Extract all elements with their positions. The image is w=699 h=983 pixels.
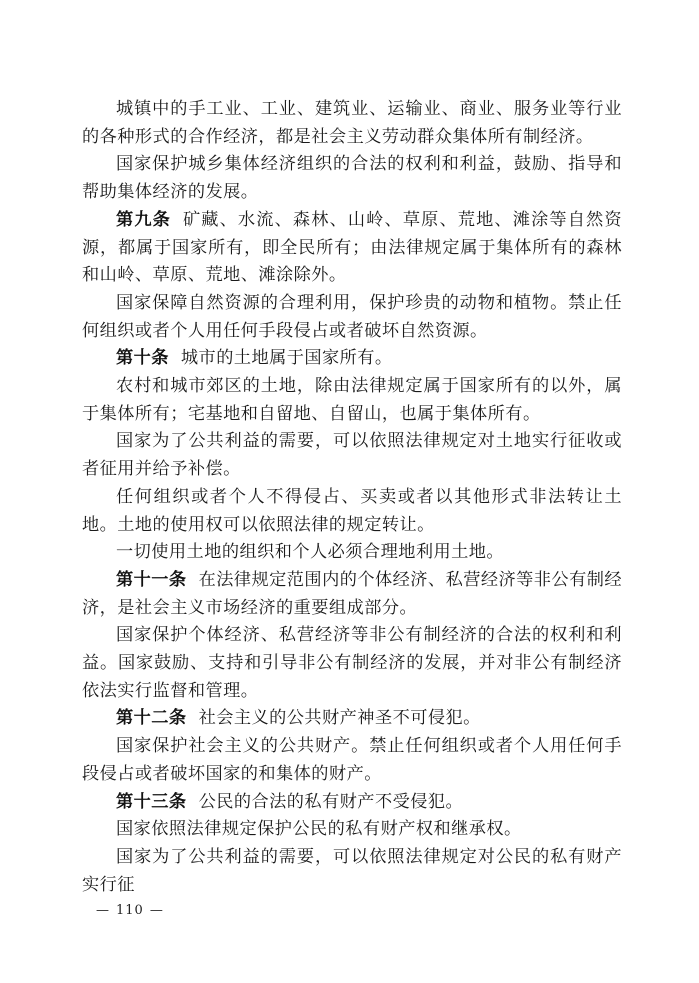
paragraph-text: 国家保护社会主义的公共财产。禁止任何组织或者个人用任何手段侵占或者破坏国家的和集… — [82, 736, 622, 784]
paragraph-6: 农村和城市郊区的土地，除由法律规定属于国家所有的以外，属于集体所有；宅基地和自留… — [82, 373, 622, 428]
paragraph-text: 农村和城市郊区的土地，除由法律规定属于国家所有的以外，属于集体所有；宅基地和自留… — [82, 376, 622, 424]
article-13: 第十三条公民的合法的私有财产不受侵犯。 — [82, 789, 622, 817]
paragraph-2: 国家保护城乡集体经济组织的合法的权利和利益，鼓励、指导和帮助集体经济的发展。 — [82, 151, 622, 206]
paragraph-text: 一切使用土地的组织和个人必须合理地利用土地。 — [116, 542, 504, 562]
paragraph-text: 城市的土地属于国家所有。 — [181, 348, 393, 368]
page-number-dash-right: — — [150, 903, 164, 918]
article-number: 第十条 — [116, 348, 169, 368]
paragraph-text: 国家为了公共利益的需要，可以依照法律规定对公民的私有财产实行征 — [82, 847, 622, 895]
paragraph-8: 任何组织或者个人不得侵占、买卖或者以其他形式非法转让土地。土地的使用权可以依照法… — [82, 484, 622, 539]
page-number-dash-left: — — [96, 903, 110, 918]
paragraph-text: 社会主义的公共财产神圣不可侵犯。 — [199, 708, 481, 728]
paragraph-text: 国家保障自然资源的合理利用，保护珍贵的动物和植物。禁止任何组织或者个人用任何手段… — [82, 293, 622, 341]
paragraph-11: 国家保护个体经济、私营经济等非公有制经济的合法的权利和利益。国家鼓励、支持和引导… — [82, 622, 622, 705]
article-number: 第九条 — [116, 210, 171, 230]
paragraph-text: 国家保护城乡集体经济组织的合法的权利和利益，鼓励、指导和帮助集体经济的发展。 — [82, 154, 622, 202]
page-number-value: 110 — [116, 903, 144, 918]
paragraph-16: 国家为了公共利益的需要，可以依照法律规定对公民的私有财产实行征 — [82, 844, 622, 899]
paragraph-text: 任何组织或者个人不得侵占、买卖或者以其他形式非法转让土地。土地的使用权可以依照法… — [82, 487, 622, 535]
document-body: 城镇中的手工业、工业、建筑业、运输业、商业、服务业等行业的各种形式的合作经济，都… — [82, 96, 622, 899]
page-number: —110— — [90, 903, 170, 918]
paragraph-9: 一切使用土地的组织和个人必须合理地利用土地。 — [82, 539, 622, 567]
paragraph-15: 国家依照法律规定保护公民的私有财产权和继承权。 — [82, 816, 622, 844]
article-11: 第十一条在法律规定范围内的个体经济、私营经济等非公有制经济，是社会主义市场经济的… — [82, 567, 622, 622]
article-number: 第十二条 — [116, 708, 187, 728]
article-10: 第十条城市的土地属于国家所有。 — [82, 345, 622, 373]
paragraph-1: 城镇中的手工业、工业、建筑业、运输业、商业、服务业等行业的各种形式的合作经济，都… — [82, 96, 622, 151]
article-number: 第十三条 — [116, 792, 187, 812]
paragraph-text: 国家依照法律规定保护公民的私有财产权和继承权。 — [116, 819, 522, 839]
paragraph-13: 国家保护社会主义的公共财产。禁止任何组织或者个人用任何手段侵占或者破坏国家的和集… — [82, 733, 622, 788]
paragraph-text: 国家为了公共利益的需要，可以依照法律规定对土地实行征收或者征用并给予补偿。 — [82, 431, 622, 479]
article-12: 第十二条社会主义的公共财产神圣不可侵犯。 — [82, 705, 622, 733]
article-9: 第九条矿藏、水流、森林、山岭、草原、荒地、滩涂等自然资源，都属于国家所有，即全民… — [82, 207, 622, 290]
paragraph-text: 公民的合法的私有财产不受侵犯。 — [199, 792, 464, 812]
paragraph-4: 国家保障自然资源的合理利用，保护珍贵的动物和植物。禁止任何组织或者个人用任何手段… — [82, 290, 622, 345]
paragraph-text: 城镇中的手工业、工业、建筑业、运输业、商业、服务业等行业的各种形式的合作经济，都… — [82, 99, 622, 147]
paragraph-text: 国家保护个体经济、私营经济等非公有制经济的合法的权利和利益。国家鼓励、支持和引导… — [82, 625, 622, 700]
paragraph-7: 国家为了公共利益的需要，可以依照法律规定对土地实行征收或者征用并给予补偿。 — [82, 428, 622, 483]
article-number: 第十一条 — [116, 570, 187, 590]
